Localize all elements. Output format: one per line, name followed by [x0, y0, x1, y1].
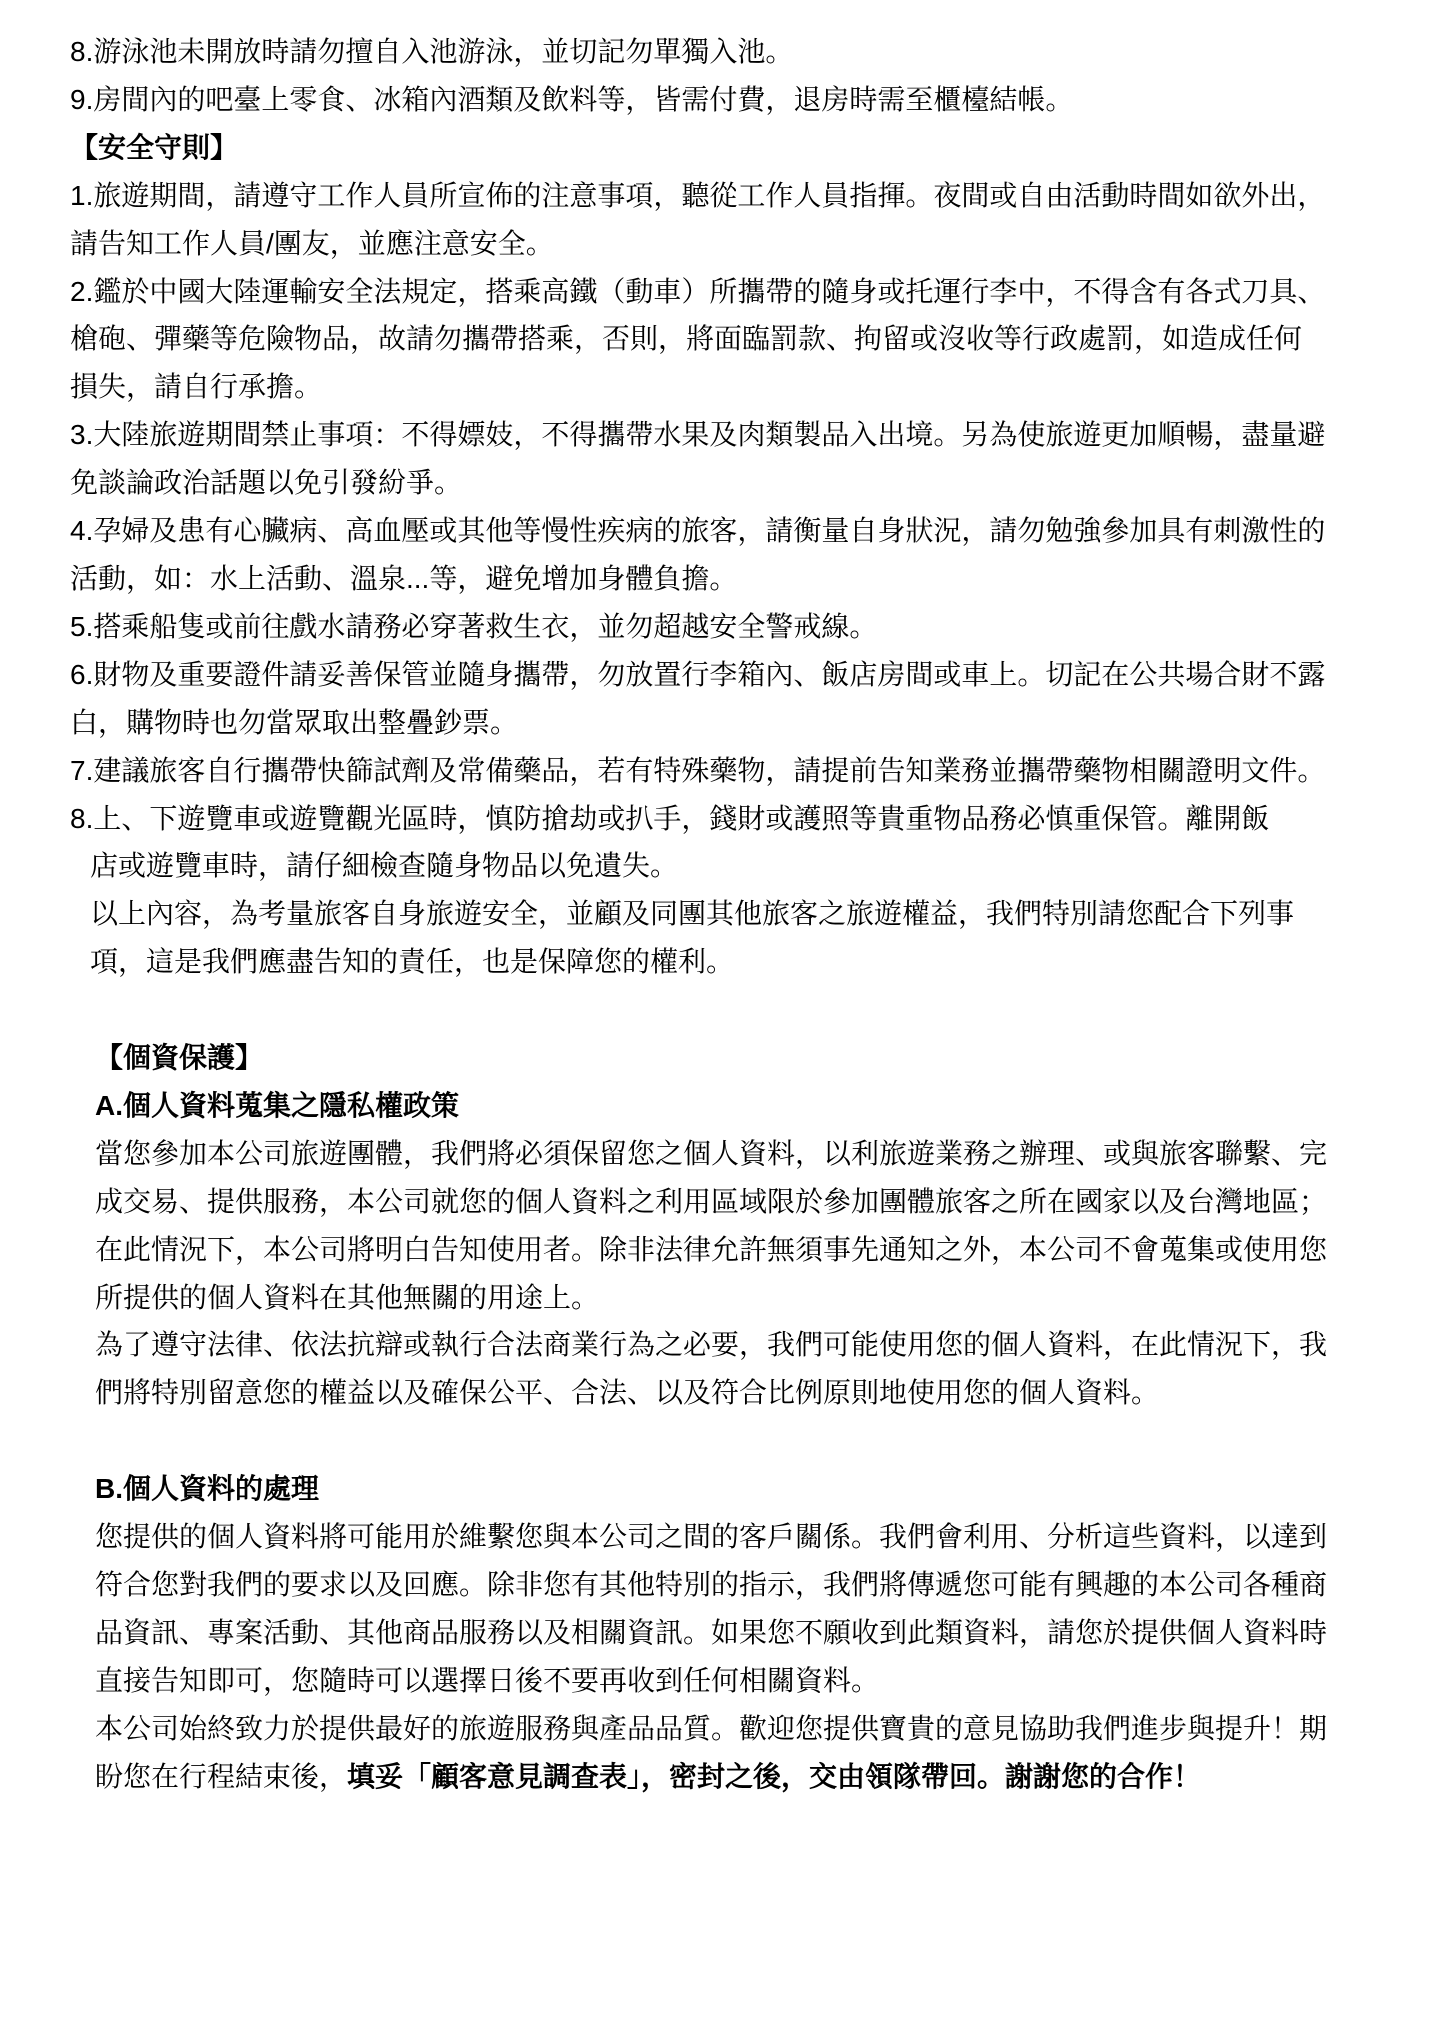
paragraph-continuation: 在此情況下，本公司將明白告知使用者。除非法律允許無須事先通知之外，本公司不會蒐集…	[70, 1226, 1400, 1274]
list-item-continuation: 白，購物時也勿當眾取出整疊鈔票。	[70, 699, 1400, 747]
list-item-continuation: 活動，如：水上活動、溫泉...等，避免增加身體負擔。	[70, 555, 1400, 603]
paragraph-continuation: 成交易、提供服務，本公司就您的個人資料之利用區域限於參加團體旅客之所在國家以及台…	[70, 1178, 1400, 1226]
subsection-heading-b: B.個人資料的處理	[70, 1465, 1400, 1513]
paragraph-continuation: 盼您在行程結束後，填妥「顧客意見調查表」，密封之後，交由領隊帶回。謝謝您的合作！	[70, 1753, 1400, 1801]
list-item: 1.旅遊期間，請遵守工作人員所宣佈的注意事項，聽從工作人員指揮。夜間或自由活動時…	[70, 172, 1400, 220]
document-page: 8.游泳池未開放時請勿擅自入池游泳，並切記勿單獨入池。9.房間內的吧臺上零食、冰…	[0, 0, 1440, 2036]
emphasized-text: 填妥「顧客意見調查表」，密封之後，交由領隊帶回。謝謝您的合作！	[347, 1761, 1201, 1792]
subsection-heading-a: A.個人資料蒐集之隱私權政策	[70, 1082, 1400, 1130]
paragraph-continuation: 品資訊、專案活動、其他商品服務以及相關資訊。如果您不願收到此類資料，請您於提供個…	[70, 1609, 1400, 1657]
list-item-continuation: 店或遊覽車時，請仔細檢查隨身物品以免遺失。	[70, 842, 1400, 890]
paragraph-continuation: 直接告知即可，您隨時可以選擇日後不要再收到任何相關資料。	[70, 1657, 1400, 1705]
text-run: 盼您在行程結束後，	[95, 1761, 347, 1792]
paragraph: 以上內容，為考量旅客自身旅遊安全，並顧及同團其他旅客之旅遊權益，我們特別請您配合…	[70, 890, 1400, 938]
paragraph: 當您參加本公司旅遊團體，我們將必須保留您之個人資料，以利旅遊業務之辦理、或與旅客…	[70, 1130, 1400, 1178]
list-item: 4.孕婦及患有心臟病、高血壓或其他等慢性疾病的旅客，請衡量自身狀況，請勿勉強參加…	[70, 507, 1400, 555]
list-item: 8.游泳池未開放時請勿擅自入池游泳，並切記勿單獨入池。	[70, 28, 1400, 76]
list-item-continuation: 免談論政治話題以免引發紛爭。	[70, 459, 1400, 507]
paragraph-continuation: 項，這是我們應盡告知的責任，也是保障您的權利。	[70, 938, 1400, 986]
document-body: 8.游泳池未開放時請勿擅自入池游泳，並切記勿單獨入池。9.房間內的吧臺上零食、冰…	[70, 28, 1400, 1801]
section-heading-safety-rules: 【安全守則】	[70, 124, 1400, 172]
list-item: 7.建議旅客自行攜帶快篩試劑及常備藥品，若有特殊藥物，請提前告知業務並攜帶藥物相…	[70, 747, 1400, 795]
list-item: 8.上、下遊覽車或遊覽觀光區時，慎防搶劫或扒手，錢財或護照等貴重物品務必慎重保管…	[70, 795, 1400, 843]
blank-line	[70, 986, 1400, 1034]
list-item: 6.財物及重要證件請妥善保管並隨身攜帶，勿放置行李箱內、飯店房間或車上。切記在公…	[70, 651, 1400, 699]
list-item-continuation: 請告知工作人員/團友，並應注意安全。	[70, 220, 1400, 268]
list-item-continuation: 槍砲、彈藥等危險物品，故請勿攜帶搭乘，否則，將面臨罰款、拘留或沒收等行政處罰，如…	[70, 315, 1400, 363]
list-item: 2.鑑於中國大陸運輸安全法規定，搭乘高鐵（動車）所攜帶的隨身或托運行李中，不得含…	[70, 268, 1400, 316]
list-item: 9.房間內的吧臺上零食、冰箱內酒類及飲料等，皆需付費，退房時需至櫃檯結帳。	[70, 76, 1400, 124]
section-heading-privacy: 【個資保護】	[70, 1034, 1400, 1082]
paragraph-continuation: 所提供的個人資料在其他無關的用途上。	[70, 1274, 1400, 1322]
paragraph: 為了遵守法律、依法抗辯或執行合法商業行為之必要，我們可能使用您的個人資料，在此情…	[70, 1321, 1400, 1369]
paragraph-continuation: 符合您對我們的要求以及回應。除非您有其他特別的指示，我們將傳遞您可能有興趣的本公…	[70, 1561, 1400, 1609]
list-item: 3.大陸旅遊期間禁止事項：不得嫖妓，不得攜帶水果及肉類製品入出境。另為使旅遊更加…	[70, 411, 1400, 459]
paragraph-continuation: 們將特別留意您的權益以及確保公平、合法、以及符合比例原則地使用您的個人資料。	[70, 1369, 1400, 1417]
paragraph: 您提供的個人資料將可能用於維繫您與本公司之間的客戶關係。我們會利用、分析這些資料…	[70, 1513, 1400, 1561]
blank-line	[70, 1417, 1400, 1465]
paragraph: 本公司始終致力於提供最好的旅遊服務與產品品質。歡迎您提供寶貴的意見協助我們進步與…	[70, 1705, 1400, 1753]
list-item: 5.搭乘船隻或前往戲水請務必穿著救生衣，並勿超越安全警戒線。	[70, 603, 1400, 651]
list-item-continuation: 損失，請自行承擔。	[70, 363, 1400, 411]
